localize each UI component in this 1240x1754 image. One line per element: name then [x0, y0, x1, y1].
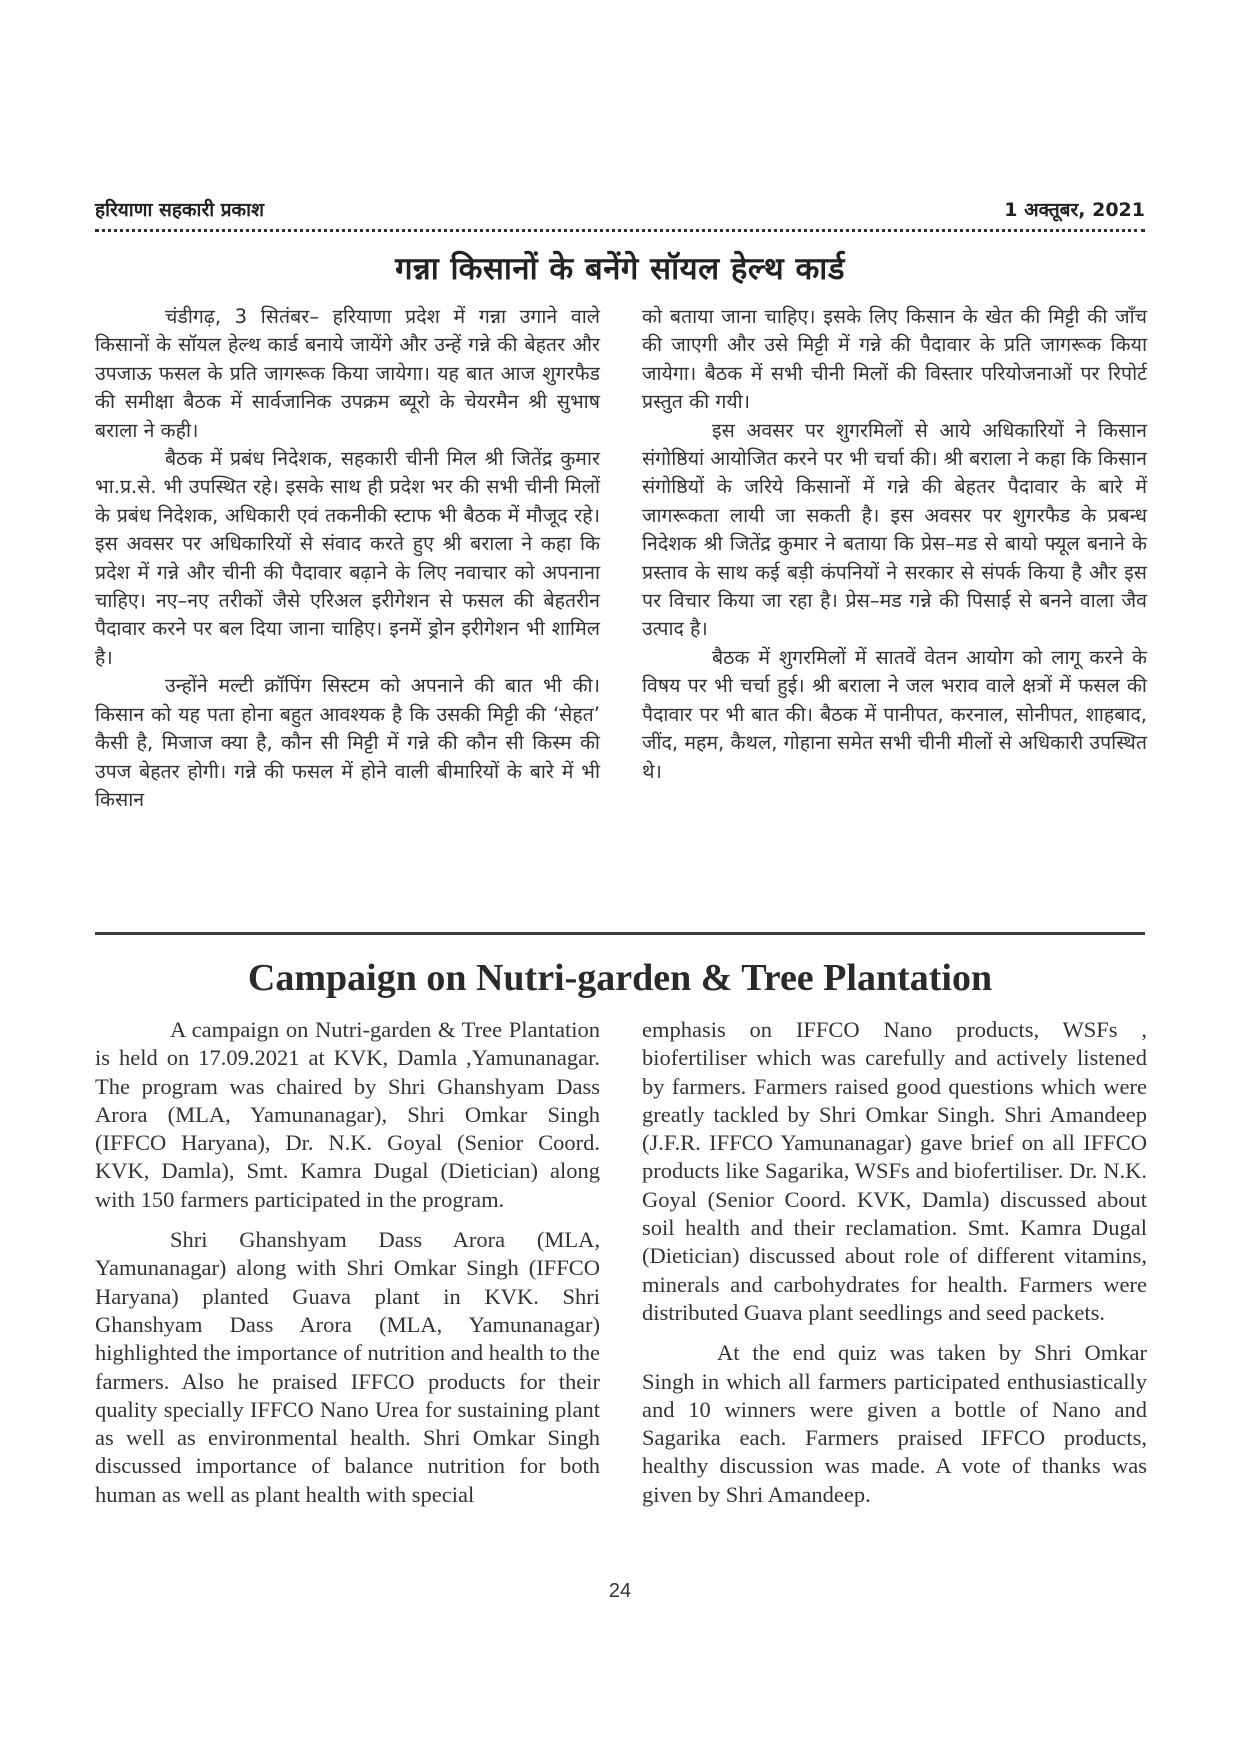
paragraph: Shri Ghanshyam Dass Arora (MLA, Yamunana… [95, 1226, 600, 1509]
running-header: हरियाणा सहकारी प्रकाश 1 अक्तूबर, 2021 [95, 196, 1145, 222]
paragraph: इस अवसर पर शुगरमिलों से आये अधिकारियों न… [642, 417, 1147, 644]
issue-date: 1 अक्तूबर, 2021 [1004, 196, 1145, 222]
hindi-article-title: गन्ना किसानों के बनेंगे सॉयल हेल्थ कार्ड [95, 247, 1145, 289]
hindi-article-right-column: को बताया जाना चाहिए। इसके लिए किसान के ख… [642, 303, 1147, 786]
hindi-article-left-column: चंडीगढ़, 3 सितंबर– हरियाणा प्रदेश में गन… [95, 303, 600, 814]
english-article-right-column: emphasis on IFFCO Nano products, WSFs , … [642, 1016, 1147, 1521]
publication-name: हरियाणा सहकारी प्रकाश [95, 196, 264, 222]
paragraph: उन्होंने मल्टी क्रॉपिंग सिस्टम को अपनाने… [95, 672, 600, 814]
paragraph: चंडीगढ़, 3 सितंबर– हरियाणा प्रदेश में गन… [95, 303, 600, 445]
paragraph: At the end quiz was taken by Shri Omkar … [642, 1339, 1147, 1509]
page-number: 24 [95, 1580, 1145, 1603]
paragraph: बैठक में शुगरमिलों में सातवें वेतन आयोग … [642, 644, 1147, 786]
paragraph: को बताया जाना चाहिए। इसके लिए किसान के ख… [642, 303, 1147, 417]
section-divider [95, 932, 1145, 935]
paragraph: बैठक में प्रबंध निदेशक, सहकारी चीनी मिल … [95, 445, 600, 672]
paragraph: emphasis on IFFCO Nano products, WSFs , … [642, 1016, 1147, 1327]
dotted-divider [95, 229, 1145, 232]
english-article-title: Campaign on Nutri-garden & Tree Plantati… [95, 956, 1145, 1000]
english-article-left-column: A campaign on Nutri-garden & Tree Planta… [95, 1016, 600, 1521]
paragraph: A campaign on Nutri-garden & Tree Planta… [95, 1016, 600, 1214]
